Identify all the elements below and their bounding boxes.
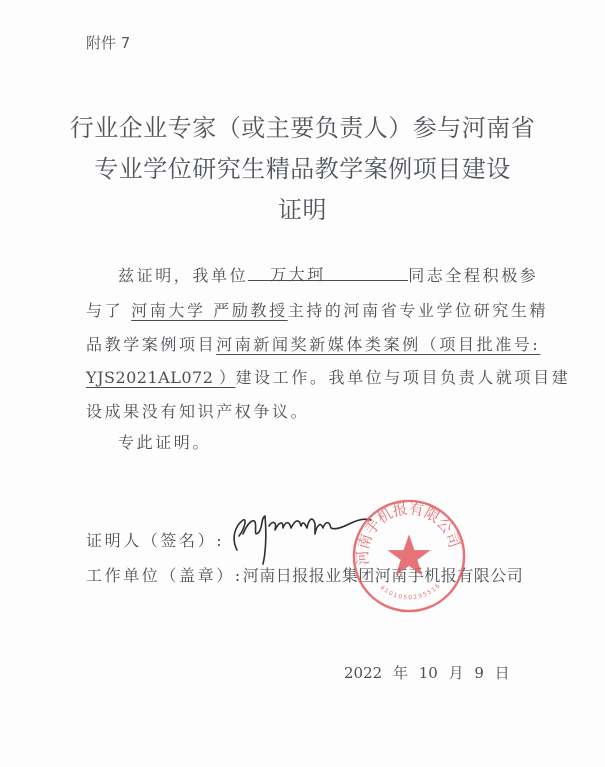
- closing-line: 专此证明。: [118, 430, 211, 453]
- text: 主持的河南省专业学位研究生精: [288, 301, 548, 320]
- title-line-2: 专业学位研究生精品教学案例项目建设: [0, 149, 605, 184]
- body-line-3: 品教学案例项目河南新闻奖新媒体类案例（项目批准号:: [86, 332, 540, 355]
- body-line-2: 与了河南大学 严励教授主持的河南省专业学位研究生精: [86, 298, 548, 321]
- signer-label: 证明人（签名）:: [86, 528, 224, 551]
- unit-label: 工作单位（盖章）:: [86, 566, 243, 585]
- person-name: 万大珂: [270, 262, 326, 285]
- person-name-field: 万大珂: [248, 262, 408, 281]
- project-name: 河南新闻奖新媒体类案例（项目批准号:: [216, 335, 540, 354]
- text: 兹证明，我单位: [118, 266, 248, 285]
- body-line-4: YJS2021AL072 ）建设工作。我单位与项目负责人就项目建: [86, 365, 570, 388]
- project-id: YJS2021AL072 ）: [86, 368, 235, 387]
- title-line-1: 行业企业专家（或主要负责人）参与河南省: [0, 108, 605, 143]
- title-line-3: 证明: [0, 190, 605, 225]
- attachment-label: 附件 7: [86, 32, 130, 53]
- host-name: 河南大学 严励教授: [123, 301, 288, 320]
- star-icon: [387, 534, 430, 575]
- text: 同志全程积极参: [408, 266, 538, 285]
- text: 与了: [86, 301, 123, 320]
- company-seal: 河南手机报有限公司 4101050295516: [350, 497, 468, 615]
- text: 品教学案例项目: [86, 335, 216, 354]
- body-line-1: 兹证明，我单位万大珂同志全程积极参: [118, 262, 538, 286]
- date: 2022 年 10 月 9 日: [344, 662, 510, 683]
- seal-number: 4101050295516: [378, 582, 442, 601]
- text: 设成果没有知识产权争议。: [86, 402, 309, 421]
- body-line-5: 设成果没有知识产权争议。: [86, 399, 309, 422]
- text: 建设工作。我单位与项目负责人就项目建: [235, 368, 570, 387]
- svg-text:4101050295516: 4101050295516: [378, 582, 442, 601]
